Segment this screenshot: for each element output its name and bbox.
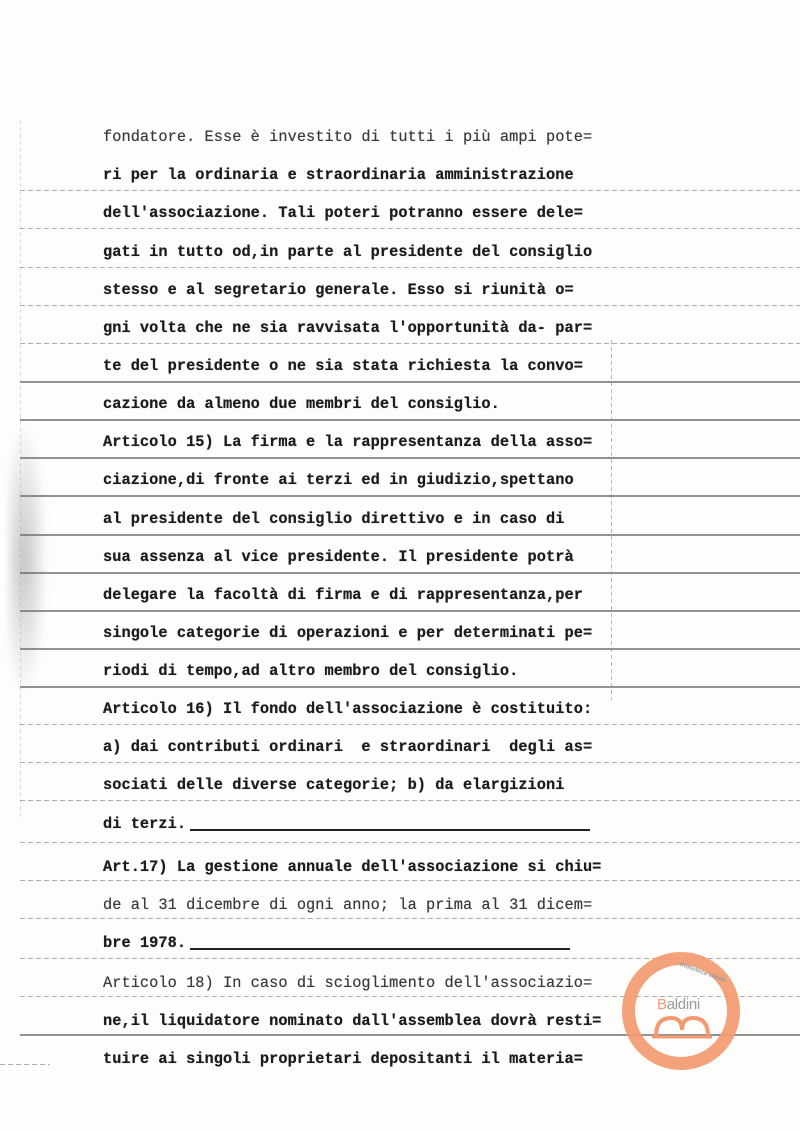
text-line: delegare la facoltà di firma e di rappre… — [103, 586, 583, 604]
ruled-line — [20, 880, 800, 881]
margin-mark — [611, 340, 612, 700]
ruled-line — [20, 648, 800, 650]
ruled-line — [20, 800, 800, 801]
open-book-icon — [622, 952, 740, 1070]
text-line: de al 31 dicembre di ogni anno; la prima… — [103, 896, 592, 914]
ruled-line — [20, 228, 800, 229]
ruled-line — [20, 190, 800, 191]
ruled-line — [20, 381, 800, 383]
text-line: gati in tutto od,in parte al presidente … — [103, 243, 592, 261]
ruled-line — [20, 762, 800, 763]
ruled-line — [20, 686, 800, 688]
ruled-line — [20, 572, 800, 574]
ruled-line — [20, 343, 800, 344]
text-line: singole categorie di operazioni e per de… — [103, 624, 592, 642]
text-line: ri per la ordinaria e straordinaria ammi… — [103, 166, 574, 184]
scanned-page: fondatore. Esse è investito di tutti i p… — [0, 0, 800, 1131]
text-line-content: di terzi. — [103, 815, 186, 833]
article-heading-line: Articolo 16) Il fondo dell'associazione … — [103, 700, 592, 718]
text-line: stesso e al segretario generale. Esso si… — [103, 281, 574, 299]
text-line: sua assenza al vice presidente. Il presi… — [103, 548, 574, 566]
library-watermark-stamp: Biblioteca statale Baldini — [622, 952, 740, 1070]
text-line: cazione da almeno due membri del consigl… — [103, 395, 500, 413]
article-heading-line: Articolo 18) In caso di scioglimento del… — [103, 974, 592, 992]
text-line: fondatore. Esse è investito di tutti i p… — [103, 128, 592, 146]
text-line-content: bre 1978. — [103, 934, 186, 952]
ruled-line — [20, 842, 800, 843]
text-line: ne,il liquidatore nominato dall'assemble… — [103, 1012, 601, 1030]
text-line: gni volta che ne sia ravvisata l'opportu… — [103, 319, 592, 337]
ruled-line — [20, 495, 800, 497]
article-heading-line: Art.17) La gestione annuale dell'associa… — [103, 858, 601, 876]
ruled-line — [20, 610, 800, 612]
scan-binding-shadow — [8, 420, 48, 700]
ruled-line — [0, 1064, 50, 1065]
ruled-line — [20, 457, 800, 459]
text-line: bre 1978. — [103, 934, 570, 952]
text-line: di terzi. — [103, 815, 590, 833]
ruled-line — [20, 419, 800, 421]
text-line: al presidente del consiglio direttivo e … — [103, 510, 564, 528]
text-line: tuire ai singoli proprietari depositanti… — [103, 1050, 583, 1068]
text-line: te del presidente o ne sia stata richies… — [103, 357, 583, 375]
text-line: riodi di tempo,ad altro membro del consi… — [103, 662, 518, 680]
text-line: sociati delle diverse categorie; b) da e… — [103, 776, 564, 794]
ruled-line — [20, 534, 800, 536]
text-line: ciazione,di fronte ai terzi ed in giudiz… — [103, 471, 574, 489]
ruled-line — [20, 267, 800, 268]
text-line: dell'associazione. Tali poteri potranno … — [103, 204, 583, 222]
ruled-line — [20, 305, 800, 306]
margin-mark — [20, 120, 21, 820]
text-line: a) dai contributi ordinari e straordinar… — [103, 738, 592, 756]
fill-underline — [190, 948, 570, 950]
ruled-line — [20, 918, 800, 919]
article-heading-line: Articolo 15) La firma e la rappresentanz… — [103, 433, 592, 451]
fill-underline — [190, 829, 590, 831]
ruled-line — [20, 724, 800, 725]
